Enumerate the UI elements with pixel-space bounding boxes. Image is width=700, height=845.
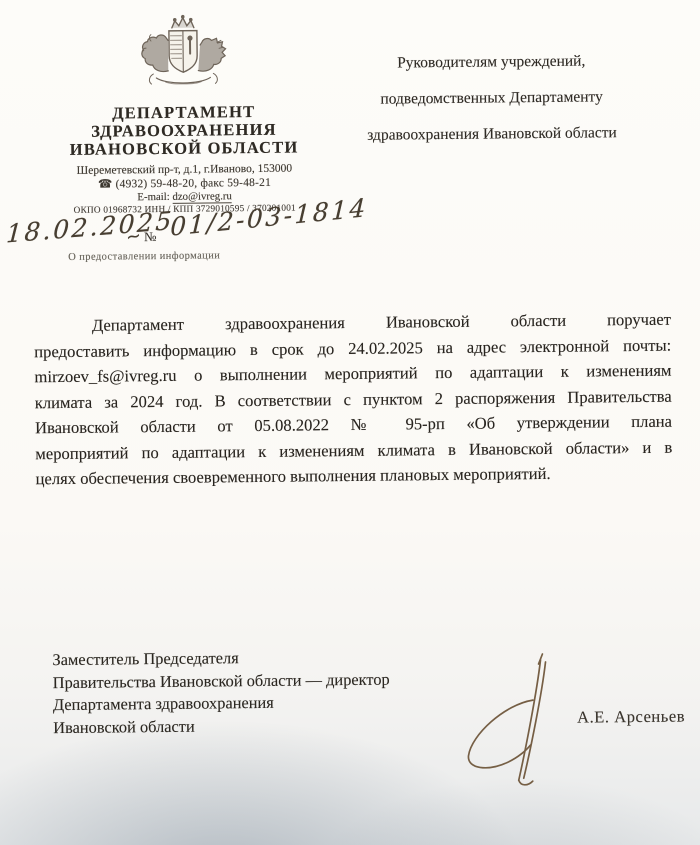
phone-icon: ☎ (98, 178, 113, 190)
handwritten-signature (450, 650, 572, 796)
number-sign: № (144, 229, 157, 245)
org-name-line: ИВАНОВСКОЙ ОБЛАСТИ (49, 138, 319, 159)
body-paragraph: Департамент здравоохранения Ивановской о… (34, 307, 673, 492)
coat-of-arms-icon (120, 11, 247, 100)
scanned-letter-page: ДЕПАРТАМЕНТ ЗДРАВООХРАНЕНИЯ ИВАНОВСКОЙ О… (0, 0, 700, 845)
addressee-line: подведомственных Департаменту (336, 79, 646, 118)
addressee-line: здравоохранения Ивановской области (337, 115, 647, 154)
address-line: Шереметевский пр-т, д.1, г.Иваново, 1530… (49, 161, 319, 178)
email-label: E-mail: (137, 191, 170, 203)
signer-position: Заместитель Председателя Правительства И… (52, 645, 473, 739)
letterhead-contacts: Шереметевский пр-т, д.1, г.Иваново, 1530… (49, 161, 319, 192)
subject-line: О предоставлении информации (68, 250, 220, 263)
addressee-block: Руководителям учреждений, подведомственн… (336, 43, 647, 154)
body-line: целях обеспечения своевременного выполне… (35, 460, 672, 492)
letterhead: ДЕПАРТАМЕНТ ЗДРАВООХРАНЕНИЯ ИВАНОВСКОЙ О… (48, 10, 320, 217)
phone-numbers: (4932) 59-48-20, факс 59-48-21 (116, 177, 272, 191)
signer-position-line: Ивановской области (53, 712, 473, 739)
signer-name: А.Е. Арсеньев (577, 707, 685, 728)
email-address: dzo@ivreg.ru (172, 190, 232, 204)
org-name: ДЕПАРТАМЕНТ ЗДРАВООХРАНЕНИЯ ИВАНОВСКОЙ О… (49, 102, 320, 159)
document-content: ДЕПАРТАМЕНТ ЗДРАВООХРАНЕНИЯ ИВАНОВСКОЙ О… (0, 0, 700, 845)
addressee-line: Руководителям учреждений, (336, 43, 646, 82)
